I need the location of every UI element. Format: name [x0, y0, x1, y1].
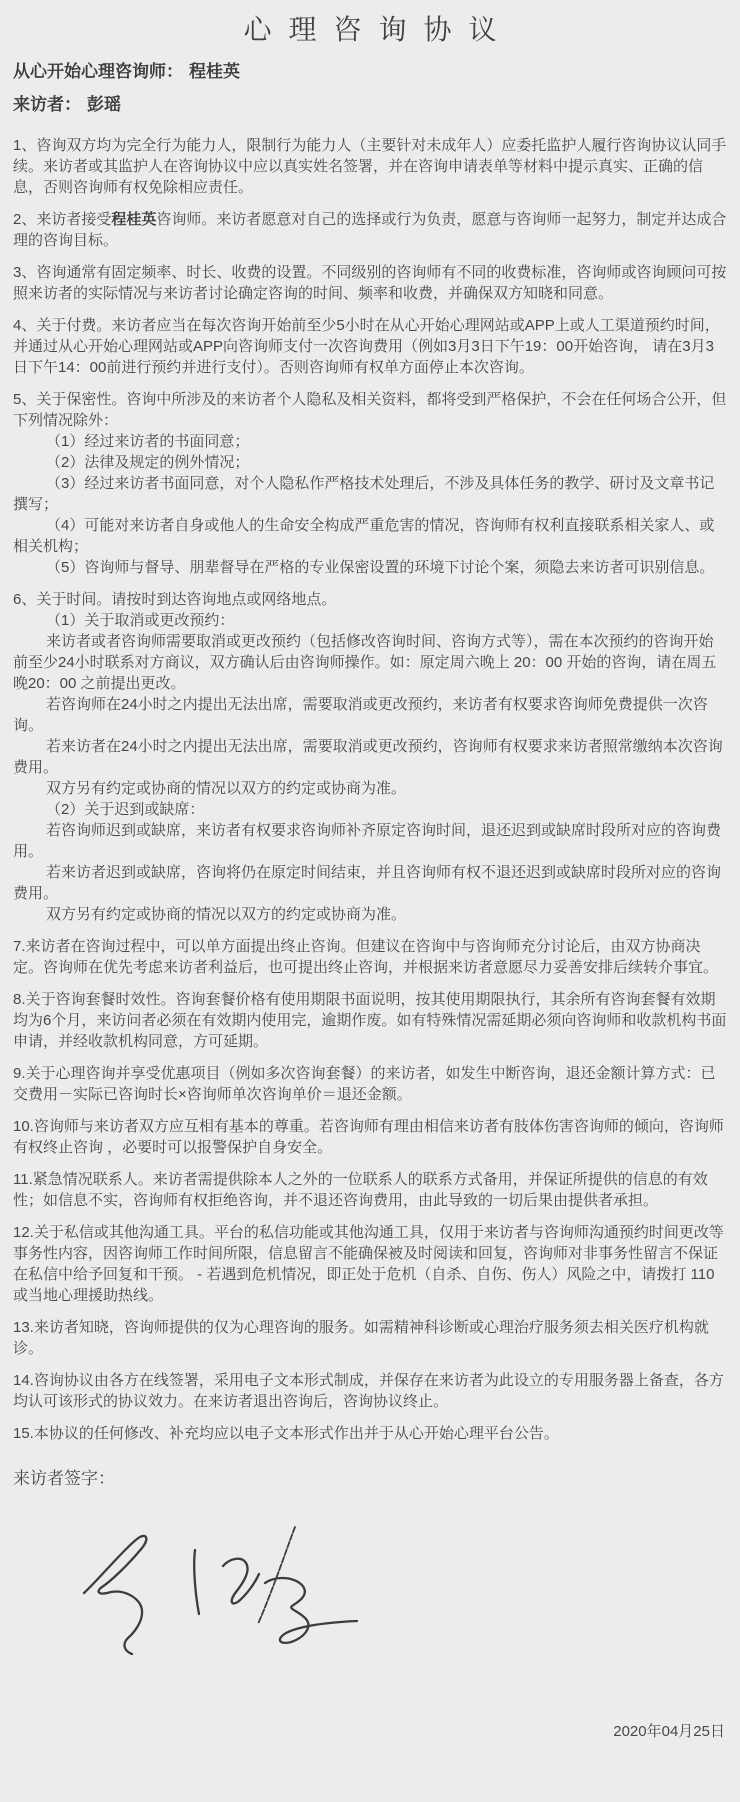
- signature-stroke: [194, 1550, 199, 1614]
- agreement-clause: 7.来访者在咨询过程中，可以单方面提出终止咨询。但建议在咨询中与咨询师充分讨论后…: [13, 936, 727, 978]
- agreement-subclause: 双方另有约定或协商的情况以双方的约定或协商为准。: [13, 904, 727, 925]
- agreement-subclause: （2）法律及规定的例外情况；: [13, 452, 727, 473]
- agreement-clause: 15.本协议的任何修改、补充均应以电子文本形式作出并于从心开始心理平台公告。: [13, 1423, 727, 1444]
- agreement-subclause: （5）咨询师与督导、朋辈督导在严格的专业保密设置的环境下讨论个案，须隐去来访者可…: [13, 557, 727, 578]
- counselor-line: 从心开始心理咨询师：程桂英: [13, 60, 727, 84]
- counselor-label: 从心开始心理咨询师：: [13, 62, 183, 81]
- agreement-clause: 6、关于时间。请按时到达咨询地点或网络地点。: [13, 589, 727, 610]
- document-date: 2020年04月25日: [13, 1721, 725, 1742]
- agreement-subclause: （1）关于取消或更改预约：: [13, 610, 727, 631]
- agreement-subclause: （4）可能对来访者自身或他人的生命安全构成严重危害的情况，咨询师有权利直接联系相…: [13, 515, 727, 557]
- agreement-subclause: 若咨询师在24小时之内提出无法出席，需要取消或更改预约，来访者有权要求咨询师免费…: [13, 694, 727, 736]
- agreement-clauses: 1、咨询双方均为完全行为能力人，限制行为能力人（主要针对未成年人）应委托监护人履…: [13, 135, 727, 1444]
- agreement-clause: 4、关于付费。来访者应当在每次咨询开始前至少5小时在从心开始心理网站或APP上或…: [13, 315, 727, 378]
- agreement-clause: 11.紧急情况联系人。来访者需提供除本人之外的一位联系人的联系方式备用，并保证所…: [13, 1169, 727, 1211]
- agreement-clause: 9.关于心理咨询并享受优惠项目（例如多次咨询套餐）的来访者，如发生中断咨询，退还…: [13, 1063, 727, 1105]
- agreement-clause: 2、来访者接受程桂英咨询师。来访者愿意对自己的选择或行为负责，愿意与咨询师一起努…: [13, 209, 727, 251]
- signature-label: 来访者签字：: [13, 1466, 727, 1491]
- signature-stroke: [223, 1559, 259, 1604]
- agreement-subclause: （3）经过来访者书面同意，对个人隐私作严格技术处理后，不涉及具体任务的教学、研讨…: [13, 473, 727, 515]
- page-title: 心理咨询协议: [13, 6, 727, 50]
- agreement-clause: 1、咨询双方均为完全行为能力人，限制行为能力人（主要针对未成年人）应委托监护人履…: [13, 135, 727, 198]
- signature-image: [61, 1503, 391, 1693]
- agreement-clause: 8.关于咨询套餐时效性。咨询套餐价格有使用期限书面说明，按其使用期限执行，其余所…: [13, 989, 727, 1052]
- counselor-name: 程桂英: [189, 62, 240, 81]
- agreement-subclause: 若来访者在24小时之内提出无法出席，需要取消或更改预约，咨询师有权要求来访者照常…: [13, 736, 727, 778]
- agreement-subclause: （1）经过来访者的书面同意；: [13, 431, 727, 452]
- client-line: 来访者：彭瑶: [13, 93, 727, 117]
- agreement-subclause: 双方另有约定或协商的情况以双方的约定或协商为准。: [13, 778, 727, 799]
- signature-stroke: [258, 1527, 295, 1624]
- agreement-subclause: 若来访者迟到或缺席，咨询将仍在原定时间结束，并且咨询师有权不退还迟到或缺席时段所…: [13, 862, 727, 904]
- agreement-clause: 12.关于私信或其他沟通工具。平台的私信功能或其他沟通工具，仅用于来访者与咨询师…: [13, 1222, 727, 1306]
- signature-area: [61, 1503, 391, 1693]
- agreement-clause: 10.咨询师与来访者双方应互相有基本的尊重。若咨询师有理由相信来访者有肢体伤害咨…: [13, 1116, 727, 1158]
- client-label: 来访者：: [13, 95, 81, 114]
- signature-stroke: [265, 1578, 357, 1643]
- agreement-document: 心理咨询协议 从心开始心理咨询师：程桂英 来访者：彭瑶 1、咨询双方均为完全行为…: [0, 0, 740, 1802]
- agreement-subclause: 若咨询师迟到或缺席，来访者有权要求咨询师补齐原定咨询时间，退还迟到或缺席时段所对…: [13, 820, 727, 862]
- agreement-clause: 3、咨询通常有固定频率、时长、收费的设置。不同级别的咨询师有不同的收费标准，咨询…: [13, 262, 727, 304]
- agreement-clause: 5、关于保密性。咨询中所涉及的来访者个人隐私及相关资料，都将受到严格保护，不会在…: [13, 389, 727, 431]
- agreement-clause: 13.来访者知晓，咨询师提供的仅为心理咨询的服务。如需精神科诊断或心理治疗服务须…: [13, 1317, 727, 1359]
- agreement-clause: 14.咨询协议由各方在线签署，采用电子文本形式制成，并保存在来访者为此设立的专用…: [13, 1370, 727, 1412]
- signature-stroke: [84, 1536, 146, 1654]
- client-name: 彭瑶: [87, 95, 121, 114]
- agreement-subclause: 来访者或者咨询师需要取消或更改预约（包括修改咨询时间、咨询方式等），需在本次预约…: [13, 631, 727, 694]
- agreement-subclause: （2）关于迟到或缺席：: [13, 799, 727, 820]
